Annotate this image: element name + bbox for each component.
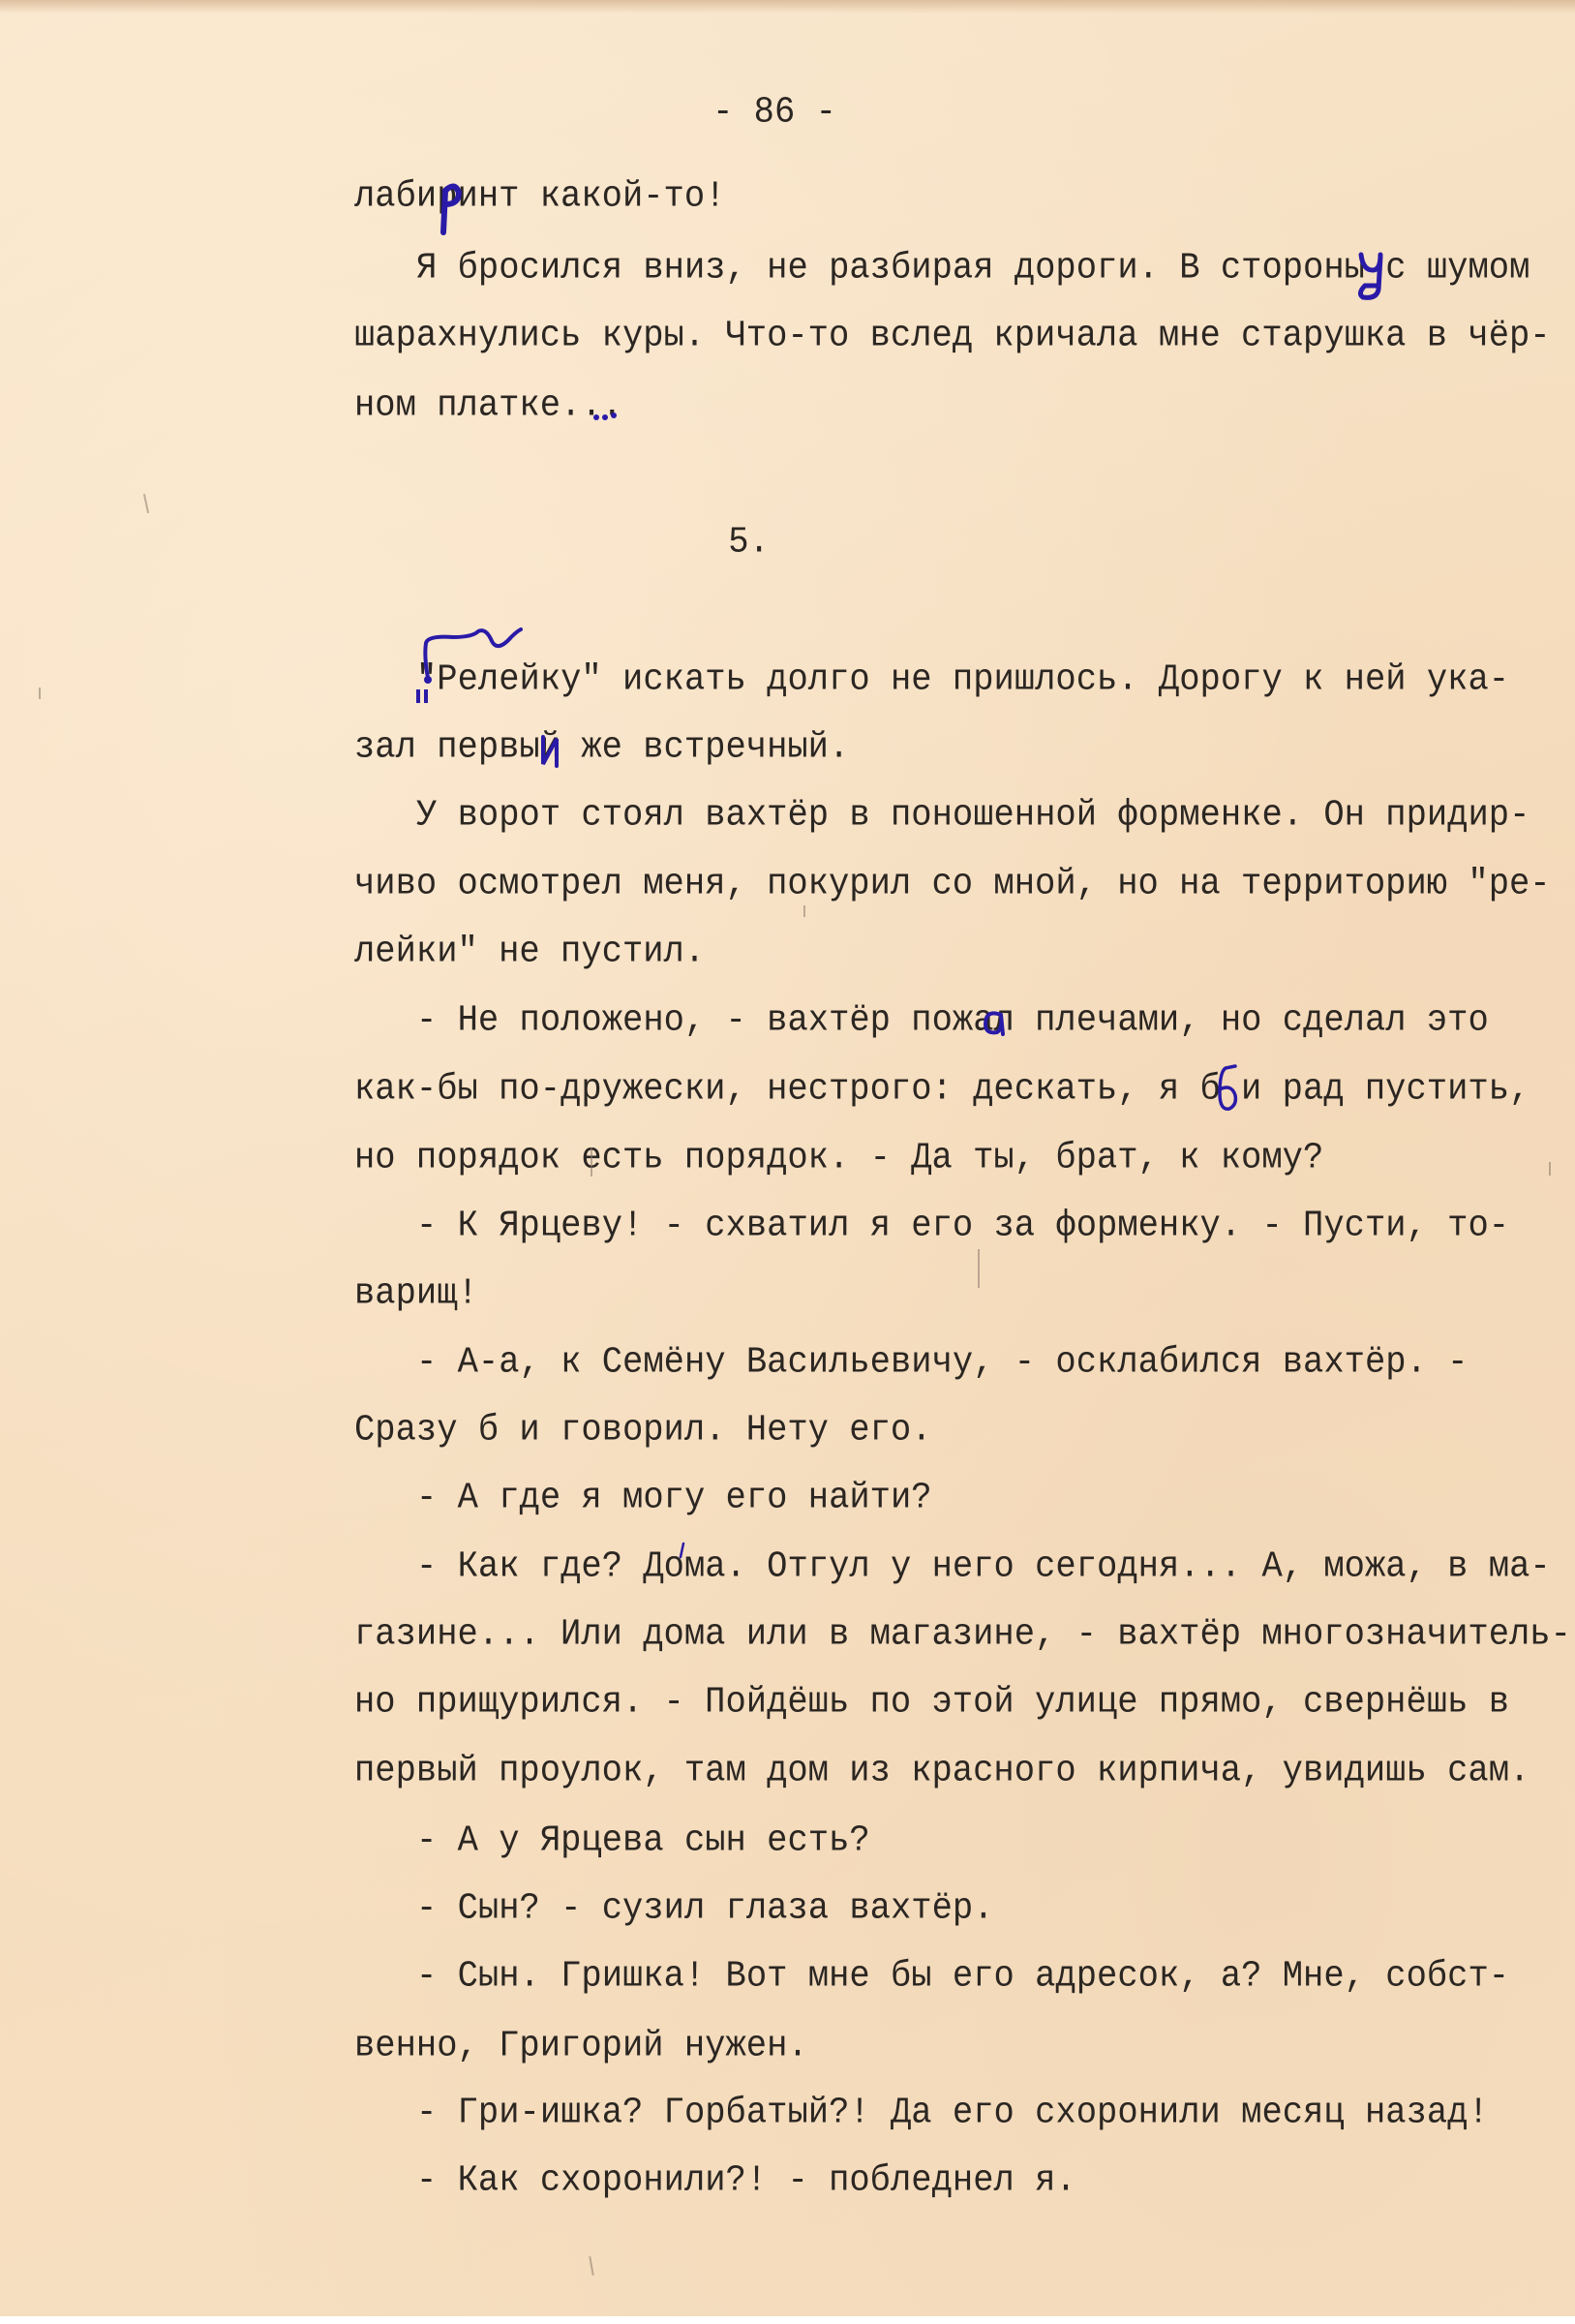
text-line: но порядок есть порядок. - Да ты, брат, … <box>354 1135 1323 1181</box>
text-line: но прищурился. - Пойдёшь по этой улице п… <box>354 1679 1509 1726</box>
text-line: ном платке... <box>354 382 622 429</box>
page-number: - 86 - <box>0 89 1549 136</box>
text-line: - К Ярцеву! - схватил я его за форменку.… <box>416 1203 1509 1249</box>
ink-correction-b-icon <box>1212 1062 1241 1116</box>
paper-speck <box>591 1147 592 1177</box>
paper-speck <box>589 2256 593 2276</box>
text-line: - Гри-ишка? Горбатый?! Да его схоронили … <box>416 2090 1489 2136</box>
text-line: Сразу б и говорил. Нету его. <box>354 1407 932 1453</box>
text-line: первый проулок, там дом из красного кирп… <box>354 1748 1530 1794</box>
text-line: - Сын? - сузил глаза вахтёр. <box>416 1885 994 1932</box>
text-line: - А где я могу его найти? <box>416 1475 932 1521</box>
ink-correction-a-icon <box>980 1005 1007 1038</box>
text-line: зал первый же встречный. <box>354 724 849 771</box>
text-line: "Релейку" искать долго не пришлось. Доро… <box>416 657 1509 703</box>
text-line: газине... Или дома или в магазине, - вах… <box>354 1611 1571 1658</box>
text-line: У ворот стоял вахтёр в поношенной формен… <box>416 792 1530 839</box>
text-line: шарахнулись куры. Что-то вслед кричала м… <box>354 313 1551 359</box>
text-line: - А-а, к Семёну Васильевичу, - осклабилс… <box>416 1339 1468 1386</box>
text-line: венно, Григорий нужен. <box>354 2023 808 2069</box>
text-line: чиво осмотрел меня, покурил со мной, но … <box>354 861 1551 907</box>
text-line: как-бы по-дружески, нестрого: дескать, я… <box>354 1066 1530 1113</box>
text-line: лабиринт какой-то! <box>354 173 725 220</box>
ink-correction-r-icon <box>434 179 463 237</box>
text-line: лейки" не пустил. <box>354 929 705 975</box>
ink-correction-u-icon <box>1355 247 1386 305</box>
ink-correction-i-icon <box>539 729 562 772</box>
paper-speck <box>143 494 149 513</box>
paper-speck <box>978 1249 980 1288</box>
text-line: - Сын. Гришка! Вот мне бы его адресок, а… <box>416 1953 1509 2000</box>
ink-ellipsis-icon <box>591 410 620 423</box>
paper-speck <box>39 688 41 699</box>
ink-quote-insertion-icon <box>414 627 530 705</box>
text-line: - А у Ярцева сын есть? <box>416 1818 870 1864</box>
page-bottom-edge <box>0 2316 1575 2324</box>
text-line: варищ! <box>354 1270 478 1317</box>
ink-accent-icon <box>678 1542 687 1561</box>
chapter-number: 5. <box>0 519 1536 566</box>
text-line: - Как где? Дома. Отгул у него сегодня...… <box>416 1544 1551 1590</box>
text-line: - Как схоронили?! - побледнел я. <box>416 2157 1076 2204</box>
text-line: - Не положено, - вахтёр пожал плечами, н… <box>416 997 1489 1044</box>
typewritten-page: - 86 - лабиринт какой-то! Я бросился вни… <box>0 0 1575 2324</box>
paper-speck <box>1549 1162 1551 1176</box>
page-top-edge <box>0 0 1575 14</box>
paper-speck <box>803 905 805 917</box>
